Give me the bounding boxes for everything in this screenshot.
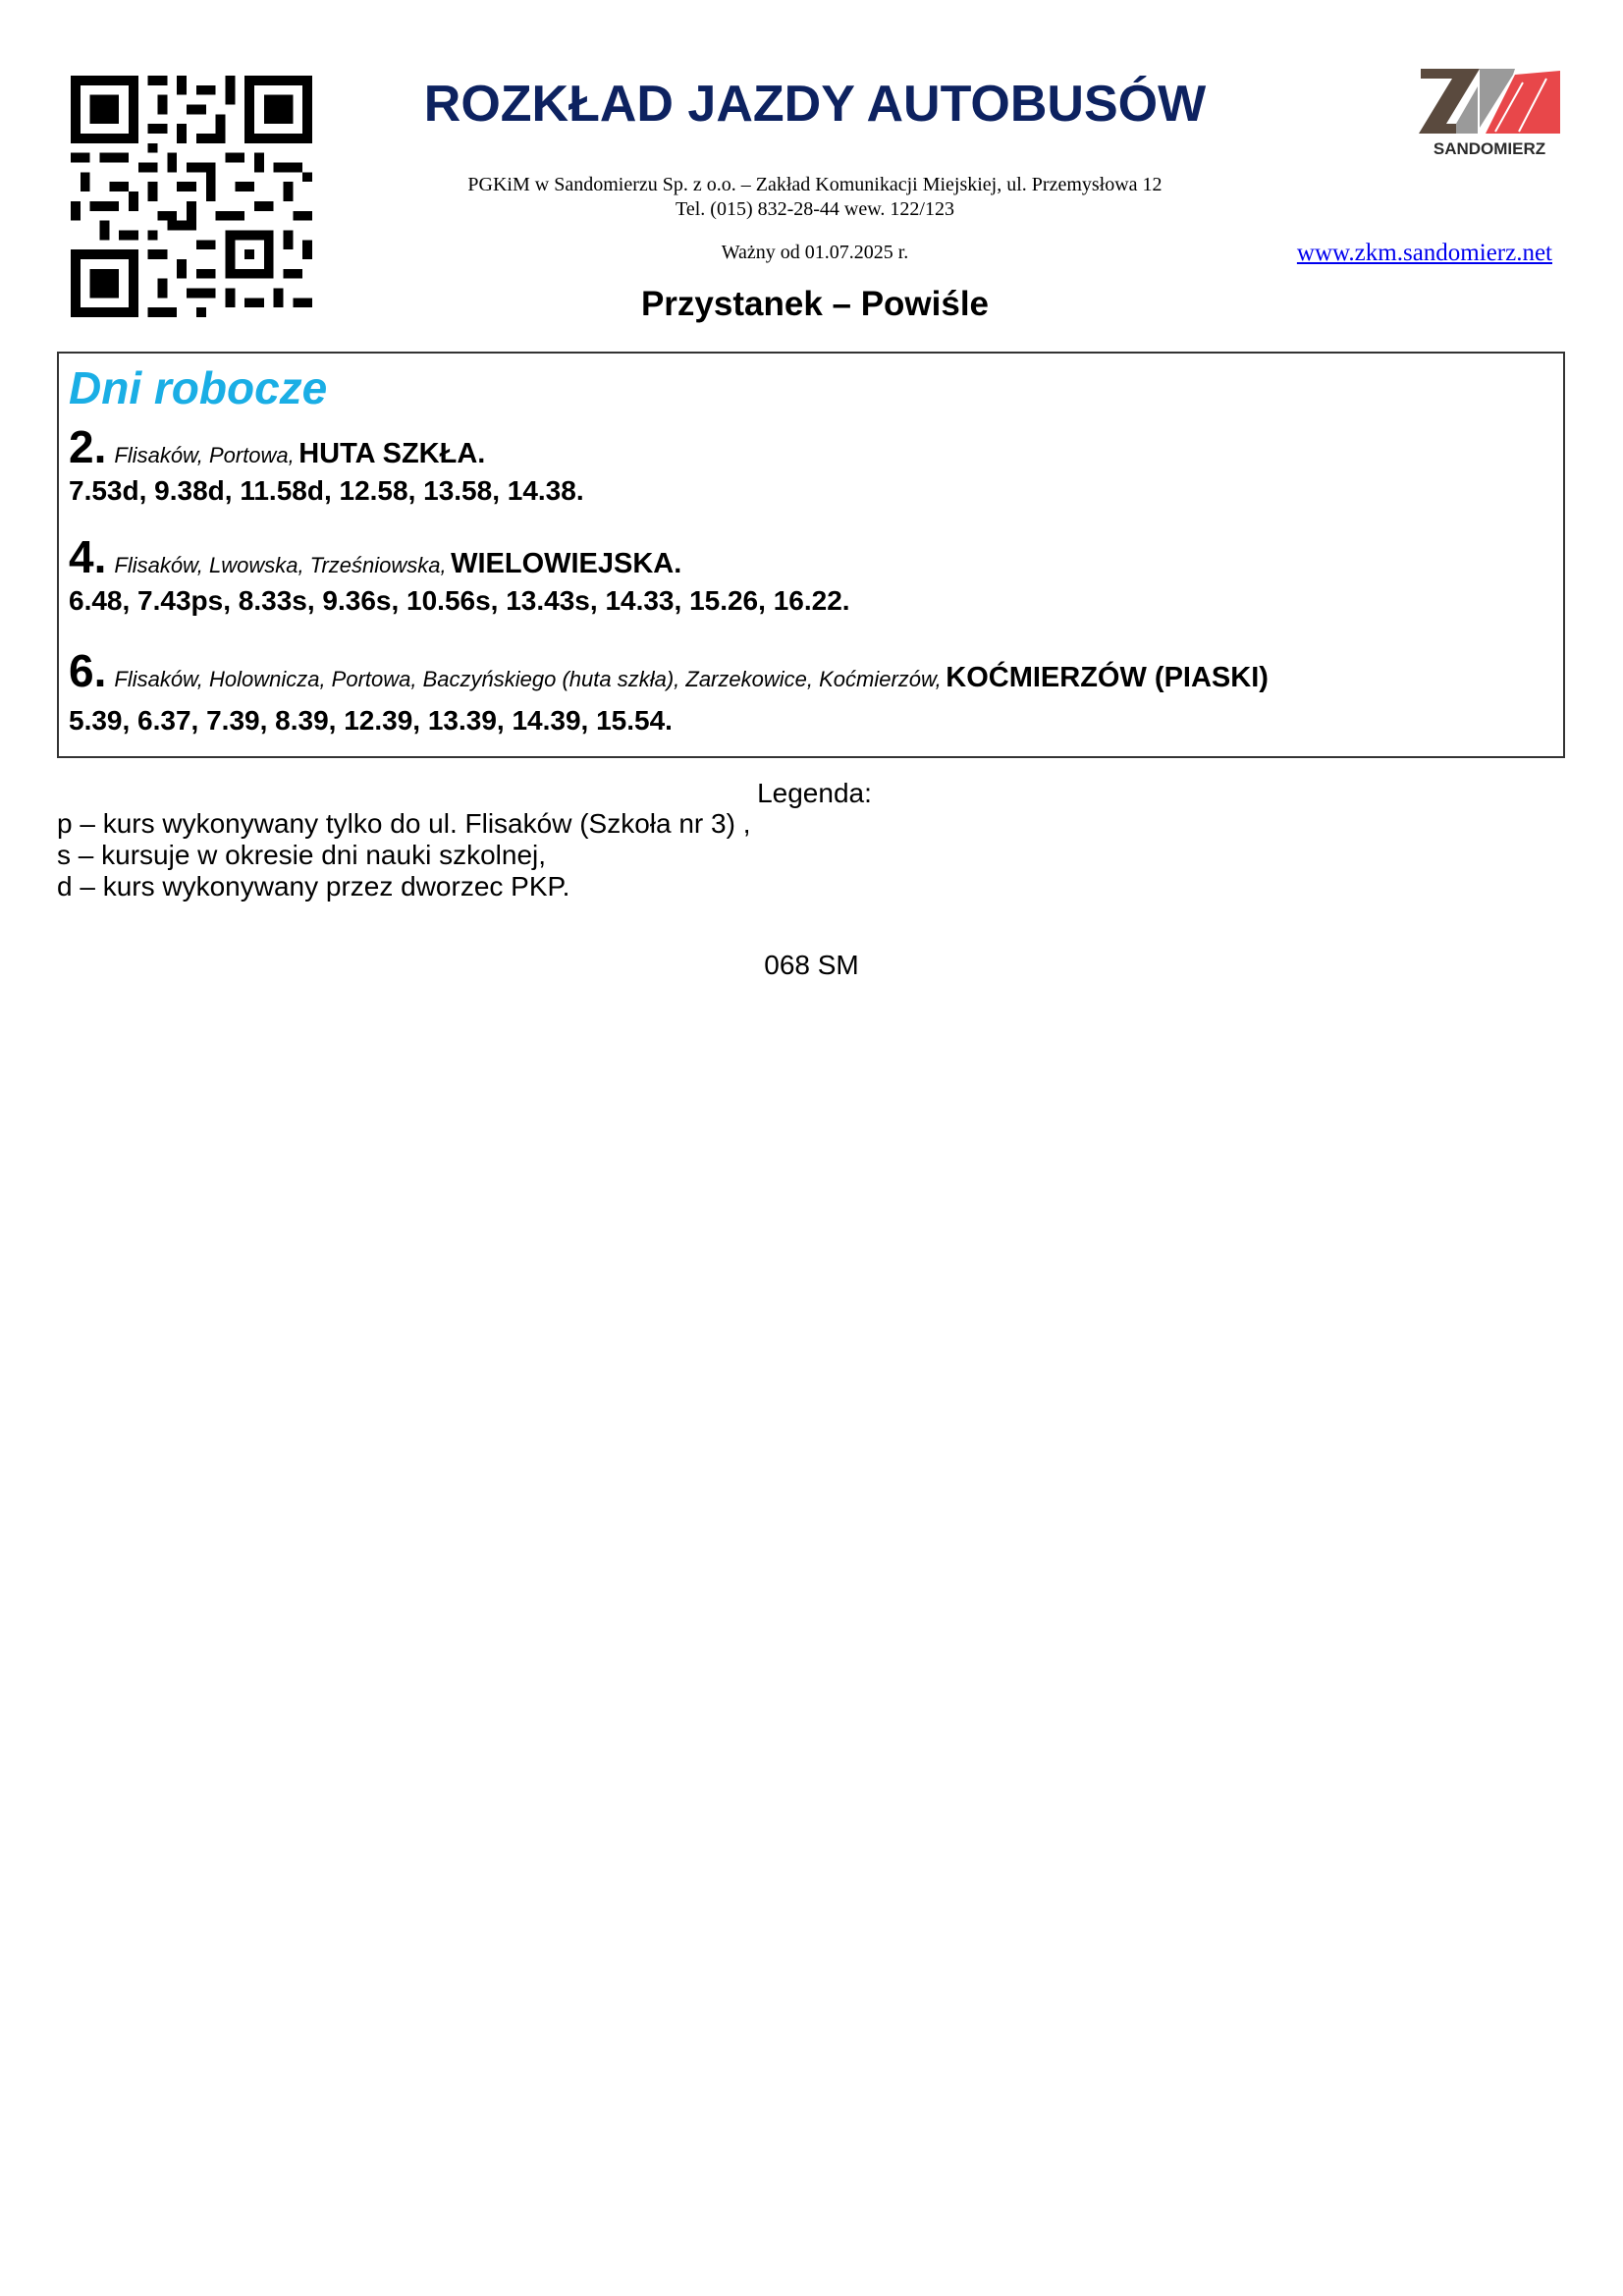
company-phone: Tel. (015) 832-28-44 wew. 122/123 (324, 197, 1306, 222)
legend-item-s: s – kursuje w okresie dni nauki szkolnej… (57, 840, 750, 871)
legend-item-d: d – kurs wykonywany przez dworzec PKP. (57, 871, 750, 902)
legend-item-p: p – kurs wykonywany tylko do ul. Flisakó… (57, 808, 750, 840)
website-link[interactable]: www.zkm.sandomierz.net (1297, 240, 1552, 267)
line-times: 7.53d, 9.38d, 11.58d, 12.58, 13.58, 14.3… (69, 475, 584, 507)
page-title: ROZKŁAD JAZDY AUTOBUSÓW (324, 77, 1306, 133)
line-destination: KOĆMIERZÓW (PIASKI) (946, 662, 1269, 693)
line-via: Flisaków, Holownicza, Portowa, Baczyński… (114, 667, 941, 691)
zkm-logo: SANDOMIERZ (1417, 65, 1562, 159)
stop-title: Przystanek – Powiśle (324, 285, 1306, 324)
company-info: PGKiM w Sandomierzu Sp. z o.o. – Zakład … (324, 173, 1306, 222)
route-line-6: 6.Flisaków, Holownicza, Portowa, Baczyńs… (69, 648, 1269, 737)
qr-code-icon (71, 76, 312, 317)
line-via: Flisaków, Portowa, (114, 443, 294, 467)
schedule-box: Dni robocze 2.Flisaków, Portowa, HUTA SZ… (57, 352, 1565, 758)
line-destination: HUTA SZKŁA. (298, 438, 485, 469)
legend-list: p – kurs wykonywany tylko do ul. Flisakó… (57, 808, 750, 902)
line-number: 4. (69, 531, 106, 582)
logo-text: SANDOMIERZ (1417, 139, 1562, 159)
line-destination: WIELOWIEJSKA. (451, 548, 681, 579)
line-number: 6. (69, 645, 106, 696)
route-line-4: 4.Flisaków, Lwowska, Trześniowska, WIELO… (69, 534, 850, 617)
line-via: Flisaków, Lwowska, Trześniowska, (114, 553, 446, 577)
valid-from: Ważny od 01.07.2025 r. (324, 242, 1306, 264)
zkm-logo-icon (1417, 65, 1562, 137)
legend-title: Legenda: (0, 778, 1623, 809)
route-line-2: 2.Flisaków, Portowa, HUTA SZKŁA. 7.53d, … (69, 424, 584, 507)
line-times: 6.48, 7.43ps, 8.33s, 9.36s, 10.56s, 13.4… (69, 585, 850, 617)
line-number: 2. (69, 421, 106, 472)
line-times: 5.39, 6.37, 7.39, 8.39, 12.39, 13.39, 14… (69, 705, 1269, 737)
company-address: PGKiM w Sandomierzu Sp. z o.o. – Zakład … (324, 173, 1306, 197)
day-type-heading: Dni robocze (69, 361, 327, 414)
timetable-code: 068 SM (0, 950, 1623, 981)
